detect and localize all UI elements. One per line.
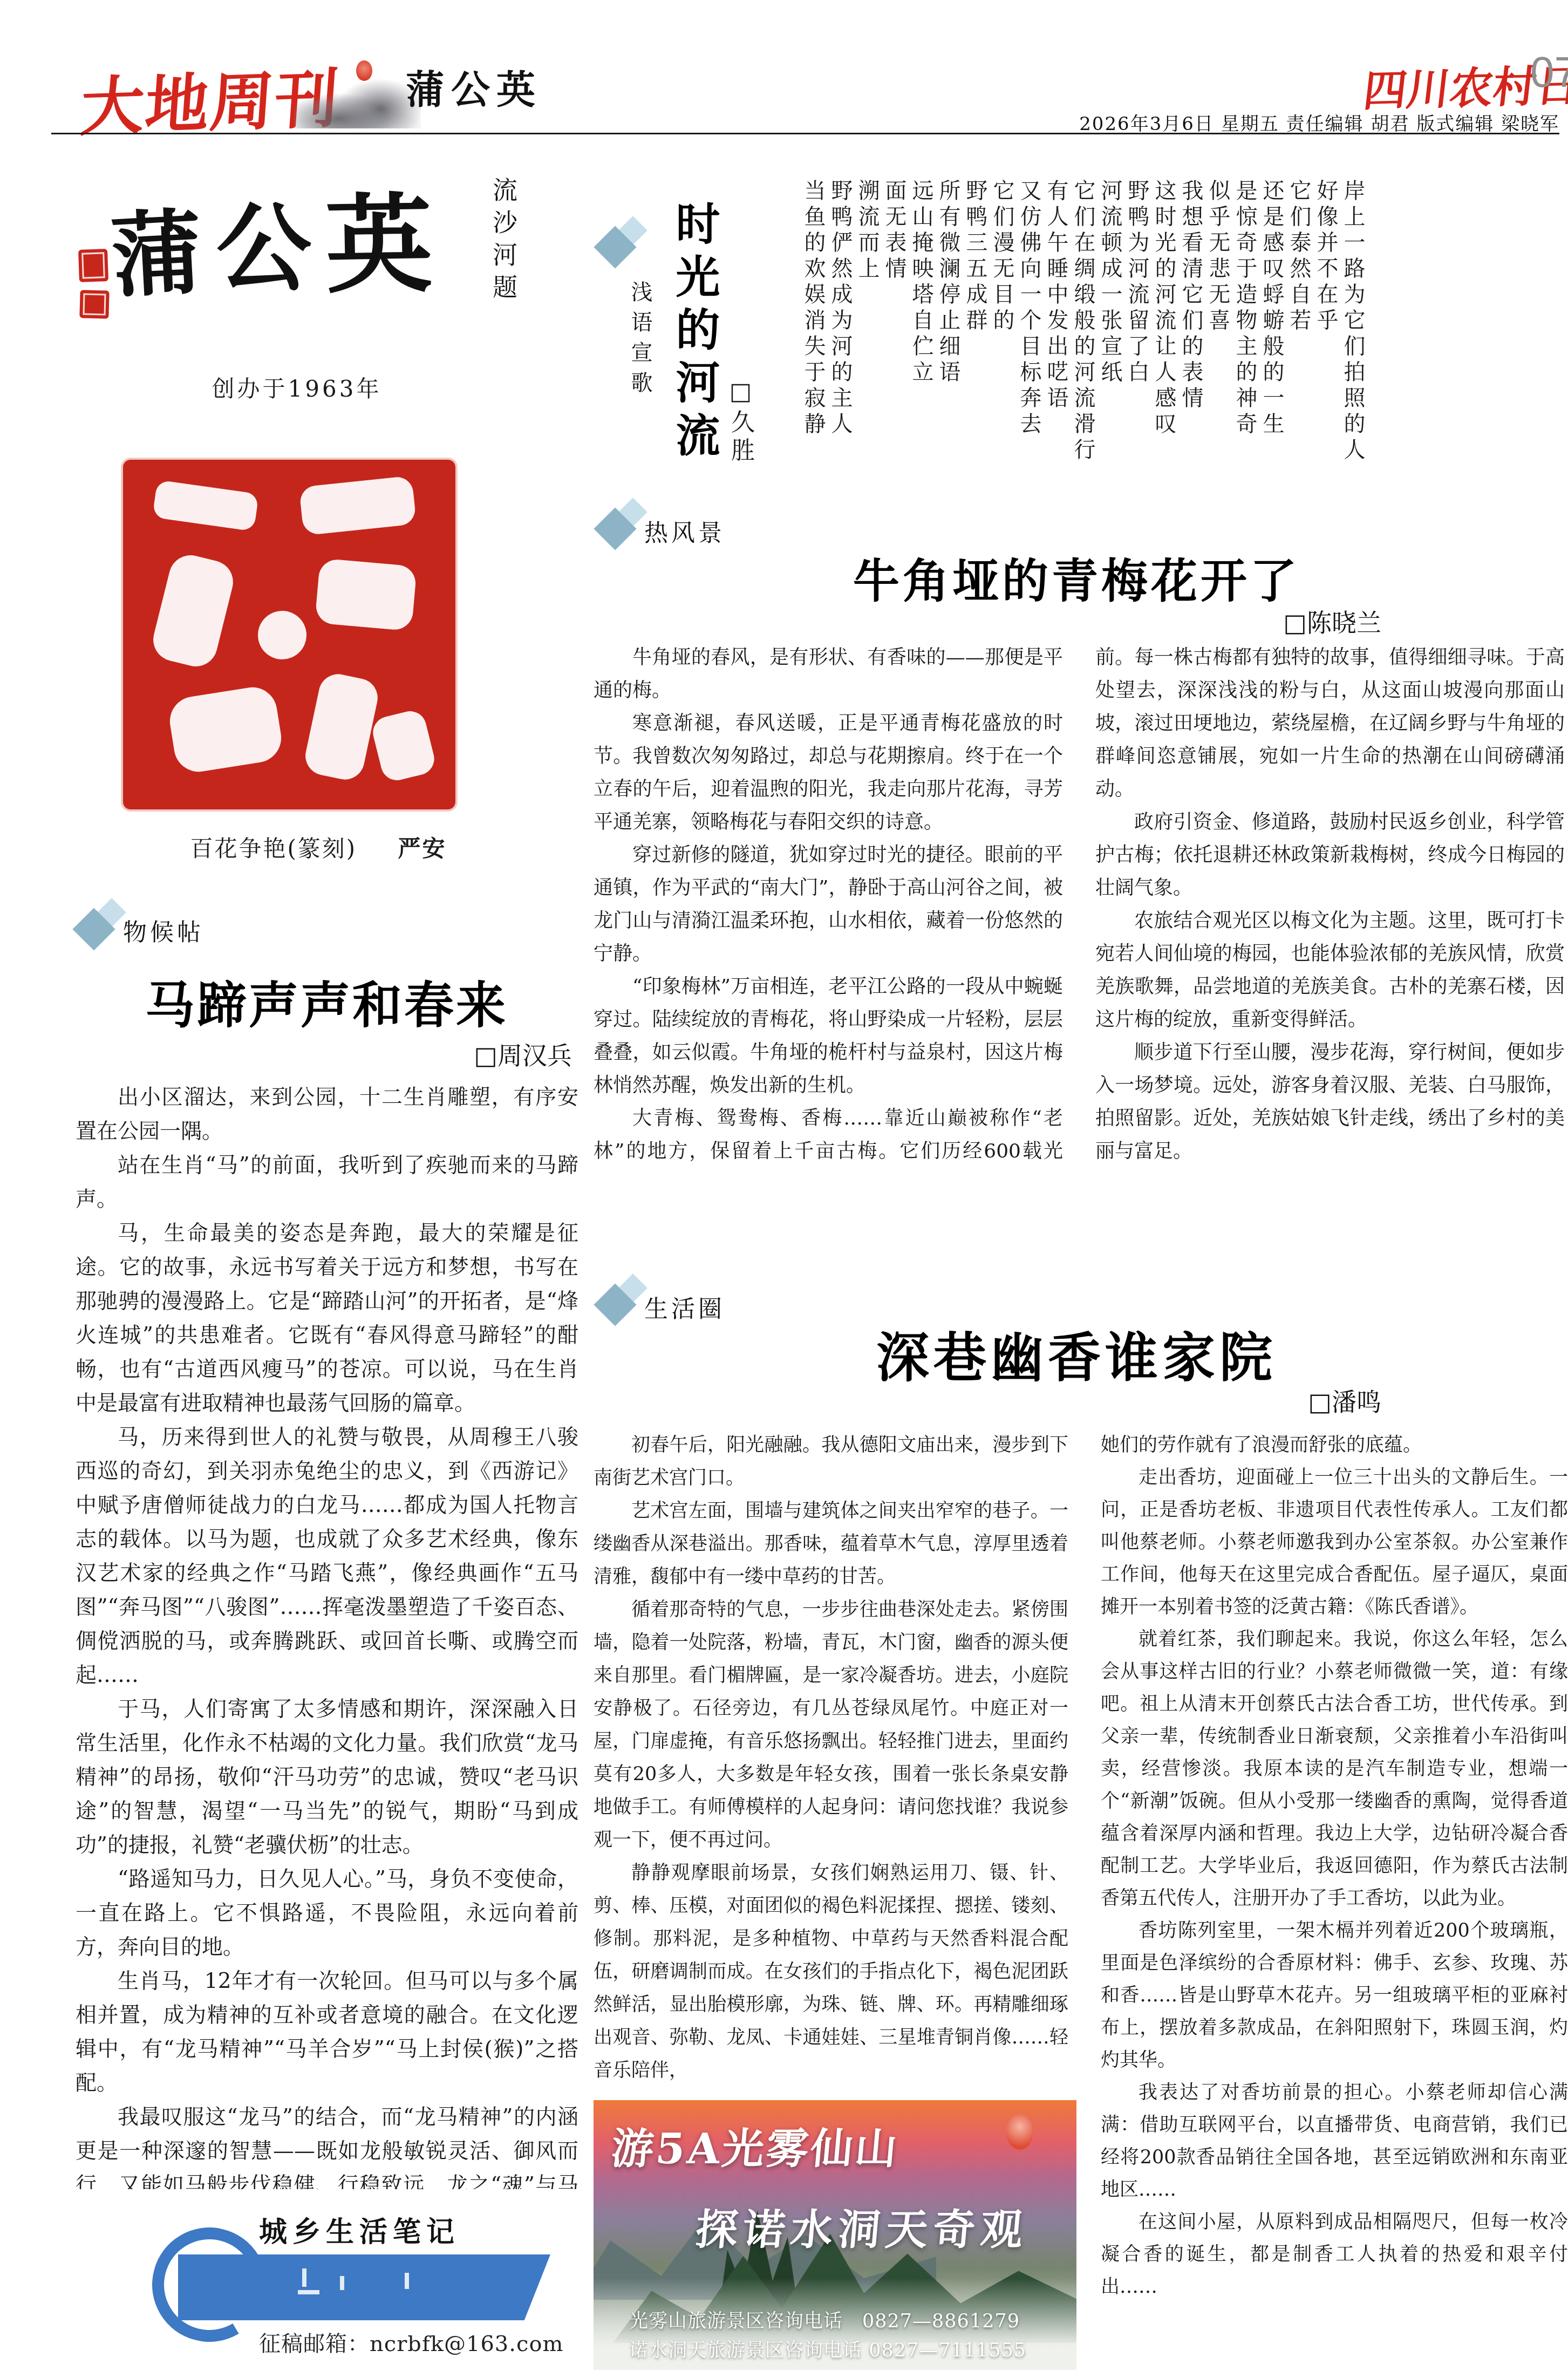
seal-stamp-icon	[78, 249, 108, 282]
poem-column-label: 浅语宣歌	[625, 281, 656, 401]
paragraph: 她们的劳作就有了浪漫而舒张的底蕴。	[1101, 1429, 1568, 1461]
paragraph: 牛角垭的春风，是有形状、有香味的——那便是平通的梅。	[594, 641, 1063, 707]
poem-line: 有人午睡中发出呓语	[1042, 179, 1069, 503]
paragraph: 初春午后，阳光融融。我从德阳文庙出来，漫步到下南街艺术宫门口。	[594, 1429, 1068, 1495]
article-column: 牛角垭的春风，是有形状、有香味的——那便是平通的梅。寒意渐褪，春风送暖，正是平通…	[594, 641, 1063, 1173]
poem-line: 它们在绸缎般的河流滑行	[1069, 179, 1096, 503]
paragraph: 前。每一株古梅都有独特的故事，值得细细寻味。于高处望去，深深浅浅的粉与白，从这面…	[1095, 641, 1565, 806]
paragraph: 马，生命最美的姿态是奔跑，最大的荣耀是征途。它的故事，永远书写着关于远方和梦想，…	[76, 1216, 578, 1420]
ad-contact-phone: 光雾山旅游景区咨询电话 0827—8861279	[629, 2306, 1020, 2333]
article-title-xiang: 深巷幽香谁家院	[594, 1316, 1559, 1392]
seal-caption-text: 百花争艳(篆刻)	[190, 835, 357, 862]
paragraph: 香坊陈列室里，一架木槅并列着近200个玻璃瓶，里面是色泽缤纷的合香原材料：佛手、…	[1101, 1914, 1568, 2076]
ad-headline: 探诺水洞天奇观	[693, 2196, 1031, 2257]
travel-ad: 游5A光雾仙山 探诺水洞天奇观 光雾山旅游景区咨询电话 0827—8861279…	[594, 2100, 1076, 2370]
poem-line: 它们泰然自若	[1285, 179, 1312, 503]
paragraph: 穿过新修的隧道，犹如穿过时光的捷径。眼前的平通镇，作为平武的“南大门”，静卧于高…	[594, 839, 1063, 970]
poem-line: 面无表情	[881, 179, 908, 503]
paragraph: 静静观摩眼前场景，女孩们娴熟运用刀、镊、针、剪、棒、压模，对面团似的褐色料泥揉捏…	[594, 1857, 1068, 2087]
masthead-char: 公	[214, 171, 314, 310]
poem-line: 似乎无悲无喜	[1204, 179, 1231, 503]
poem-line: 溯流而上	[854, 179, 881, 503]
poem-line: 好像并不在乎	[1312, 179, 1339, 503]
article-author-xiang: □潘鸣	[594, 1382, 1381, 1418]
paragraph: 循着那奇特的气息，一步步往曲巷深处走去。紧傍围墙，隐着一处院落，粉墙，青瓦，木门…	[594, 1593, 1068, 1857]
section-diamond-icon	[76, 902, 127, 954]
article-column: 初春午后，阳光融融。我从德阳文庙出来，漫步到下南街艺术宫门口。艺术宫左面，围墙与…	[594, 1429, 1068, 2093]
poem-line: 远山掩映塔自伫立	[908, 179, 935, 503]
section-label-wuhoutie: 物候帖	[123, 913, 204, 948]
poem-line: 野鸭俨然成为河的主人	[827, 179, 854, 503]
poem-author: □久胜	[723, 378, 758, 466]
poem-line: 野鸭三五成群	[962, 179, 988, 503]
paragraph: 政府引资金、修道路，鼓励村民返乡创业，科学管护古梅；依托退耕还林政策新栽梅树，终…	[1095, 806, 1565, 904]
poem-line: 我想看清它们的表情	[1177, 179, 1204, 503]
seal-artwork	[123, 460, 455, 809]
paragraph: 走出香坊，迎面碰上一位三十出头的文静后生。一问，正是香坊老板、非遗项目代表性传承…	[1101, 1461, 1568, 1623]
paragraph: 顺步道下行至山腰，漫步花海，穿行树间，便如步入一场梦境。远处，游客身着汉服、羌装…	[1095, 1036, 1565, 1168]
masthead-calligraphy: 蒲 公 英	[111, 159, 478, 313]
ad-contact-phone: 诺水洞天旅游景区咨询电话 0827—7111555	[629, 2335, 1026, 2362]
masthead-char: 英	[324, 158, 434, 314]
poem-title: 时光的河流	[663, 201, 726, 465]
article-title-meihua: 牛角垭的青梅花开了	[594, 544, 1559, 611]
paragraph: 艺术宫左面，围墙与建筑体之间夹出窄窄的巷子。一缕幽香从深巷溢出。那香味，蕴着草木…	[594, 1495, 1068, 1593]
poem-line: 河流顿成一张宣纸	[1096, 179, 1123, 503]
date-editor-line: 2026年3月6日 星期五 责任编辑 胡君 版式编辑 梁晓军	[1079, 109, 1559, 135]
poem-line: 还是感叹蜉蝣般的一生	[1258, 179, 1285, 503]
poem-line: 是惊奇于造物主的神奇	[1231, 179, 1258, 503]
page-number: 07	[1530, 47, 1568, 97]
paragraph: 立于梅树下，我忽然明白：牛角垭的春风，从来不曾缺席。它化作梅花，年复一年地盛放。	[1095, 1168, 1565, 1173]
poem-line: 这时光的河流让人感叹	[1150, 179, 1177, 503]
article-author-meihua: □陈晓兰	[594, 603, 1381, 639]
paragraph: 大青梅、鸳鸯梅、香梅……靠近山巅被称作“老林”的地方，保留着上千亩古梅。它们历经…	[594, 1102, 1063, 1173]
section-diamond-icon	[597, 220, 649, 272]
paragraph: 站在生肖“马”的前面，我听到了疾驰而来的马蹄声。	[76, 1148, 578, 1216]
paragraph: 于马，人们寄寓了太多情感和期许，深深融入日常生活里，化作永不枯竭的文化力量。我们…	[76, 1692, 578, 1862]
seal-stamp-icon	[79, 290, 109, 318]
poem-line: 岸上一路为它们拍照的人	[1339, 179, 1366, 503]
supplement-name: 蒲公英	[406, 58, 542, 114]
submission-email: 征稿邮箱：ncrbfk@163.com	[259, 2327, 563, 2358]
newspaper-page: 大地周刊 蒲公英 四川农村日报 07 2026年3月6日 星期五 责任编辑 胡君…	[0, 0, 1568, 2371]
article-column: 前。每一株古梅都有独特的故事，值得细细寻味。于高处望去，深深浅浅的粉与白，从这面…	[1095, 641, 1565, 1173]
paragraph: 就着红茶，我们聊起来。我说，你这么年轻，怎么会从事这样古旧的行业？小蔡老师微微一…	[1101, 1623, 1568, 1914]
paragraph: 我最叹服这“龙马”的结合，而“龙马精神”的内涵更是一种深邃的智慧——既如龙般敏锐…	[76, 2100, 578, 2189]
paragraph: 寒意渐褪，春风送暖，正是平通青梅花盛放的时节。我曾数次匆匆路过，却总与花期擦肩。…	[594, 707, 1063, 839]
poem-lines: 当鱼的欢娱消失于寂静野鸭俨然成为河的主人溯流而上面无表情远山掩映塔自伫立所有微澜…	[800, 179, 1447, 503]
masthead-char: 蒲	[107, 179, 206, 316]
paragraph: 出小区溜达，来到公园，十二生肖雕塑，有序安置在公园一隅。	[76, 1080, 578, 1148]
header-rule	[51, 133, 1559, 134]
article-column: 她们的劳作就有了浪漫而舒张的底蕴。走出香坊，迎面碰上一位三十出头的文静后生。一问…	[1101, 1429, 1568, 2368]
founded-line: 创办于1963年	[135, 371, 459, 404]
poem-line: 所有微澜停止细语	[935, 179, 962, 503]
section-label-refengjing: 热风景	[644, 514, 725, 548]
paragraph: 农旅结合观光区以梅文化为主题。这里，既可打卡宛若人间仙境的梅园，也能体验浓郁的羌…	[1095, 904, 1565, 1036]
seal-artist: 严安	[398, 835, 447, 862]
ribbon-banner	[178, 2254, 550, 2320]
paragraph: 马，历来得到世人的礼赞与敬畏，从周穆王八骏西巡的奇幻，到关羽赤兔绝尘的忠义，到《…	[76, 1420, 578, 1692]
sun-icon	[356, 60, 372, 81]
paragraph: 在这间小屋，从原料到成品相隔咫尺，但每一枚冷凝合香的诞生，都是制香工人执着的热爱…	[1101, 2206, 1568, 2303]
notes-box-title: 城乡生活笔记	[259, 2209, 460, 2250]
poem-line: 又仿佛向一个目标奔去	[1015, 179, 1042, 503]
paragraph: “印象梅林”万亩相连，老平江公路的一段从中蜿蜒穿过。陆续绽放的青梅花，将山野染成…	[594, 970, 1063, 1102]
sun-icon	[1006, 2114, 1033, 2150]
poem-line: 当鱼的欢娱消失于寂静	[800, 179, 827, 503]
article-author-ma: □周汉兵	[76, 1036, 572, 1072]
paragraph: “路遥知马力，日久见人心。”马，身负不变使命，一直在路上。它不惧路遥，不畏险阻，…	[76, 1862, 578, 1964]
article-body-ma: 出小区溜达，来到公园，十二生肖雕塑，有序安置在公园一隅。站在生肖“马”的前面，我…	[76, 1080, 578, 2189]
poem-line: 它们漫无目的	[988, 179, 1015, 503]
ad-headline: 游5A光雾仙山	[609, 2115, 902, 2176]
poem-line: 野鸭为河流留了白	[1123, 179, 1150, 503]
paragraph: 生肖马，12年才有一次轮回。但马可以与多个属相并置，成为精神的互补或者意境的融合…	[76, 1964, 578, 2100]
article-title-ma: 马蹄声声和春来	[76, 966, 577, 1037]
article-body-meihua: 牛角垭的春风，是有形状、有香味的——那便是平通的梅。寒意渐褪，春风送暖，正是平通…	[594, 641, 1565, 1173]
seal-caption: 百花争艳(篆刻) 严安	[129, 831, 507, 863]
paragraph: 我表达了对香坊前景的担心。小蔡老师却信心满满：借助互联网平台，以直播带货、电商营…	[1101, 2076, 1568, 2206]
calligrapher-inscription: 流沙河题	[486, 177, 521, 306]
